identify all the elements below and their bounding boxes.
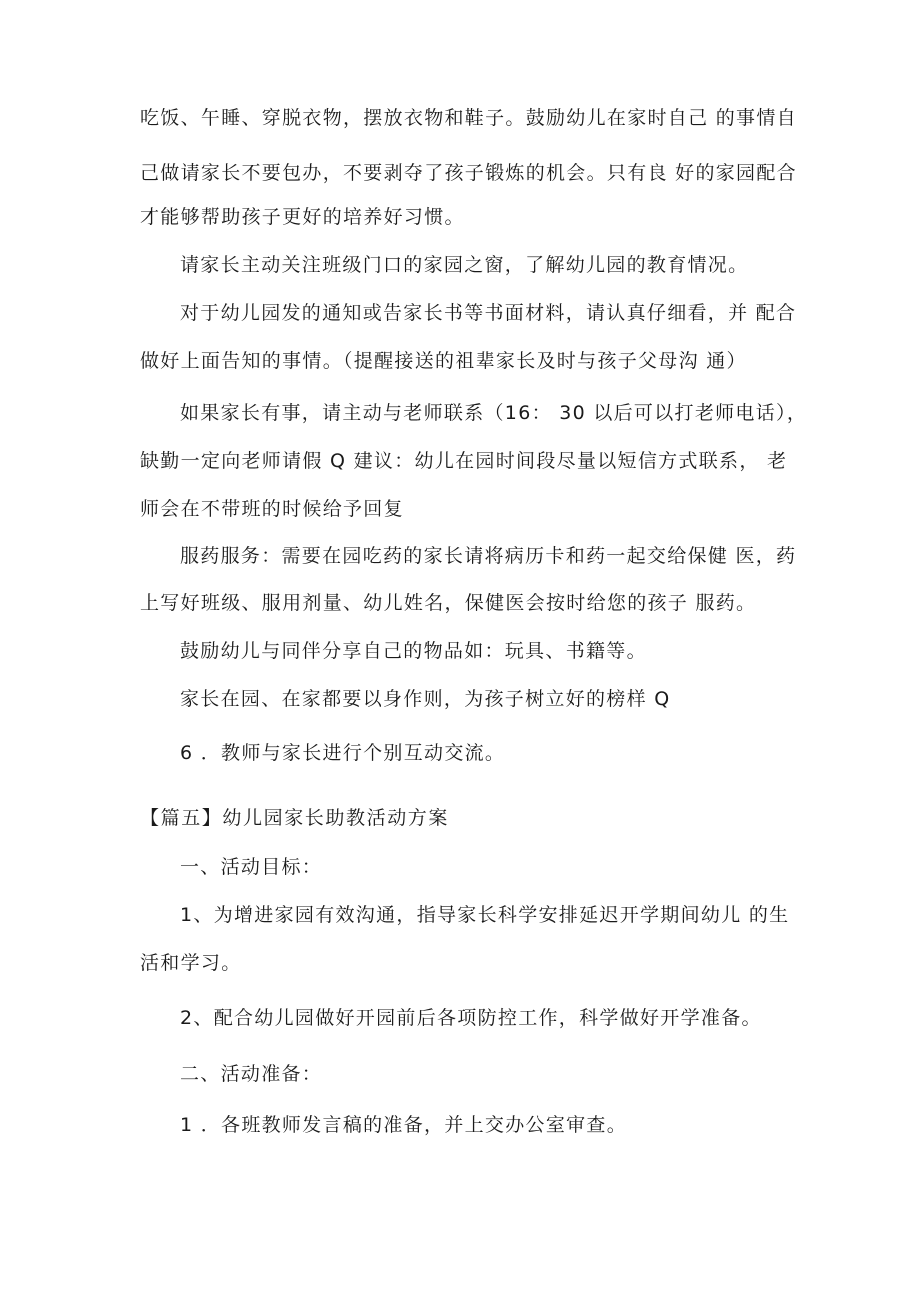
subsection-heading: 二、活动准备： [180, 1062, 322, 1086]
paragraph-line: 做好上面告知的事情。（提醒接送的祖辈家长及时与孩子父母沟 通） [140, 349, 747, 373]
paragraph-line: 服药服务：需要在园吃药的家长请将病历卡和药一起交给保健 医，药 [180, 544, 796, 568]
paragraph-line: 缺勤一定向老师请假 Q 建议：幼儿在园时间段尽量以短信方式联系， 老 [140, 449, 787, 473]
paragraph-line: 如果家长有事，请主动与老师联系（16： 30 以后可以打老师电话）， [180, 401, 807, 425]
document-page: 吃饭、午睡、穿脱衣物，摆放衣物和鞋子。鼓励幼儿在家时自己 的事情自 己做请家长不… [0, 0, 920, 1301]
paragraph-line: 鼓励幼儿与同伴分享自己的物品如：玩具、书籍等。 [180, 639, 647, 663]
paragraph-line: 家长在园、在家都要以身作则，为孩子树立好的榜样 Q [180, 687, 671, 711]
subsection-heading: 一、活动目标： [180, 855, 322, 879]
paragraph-line: 请家长主动关注班级门口的家园之窗，了解幼儿园的教育情况。 [180, 253, 748, 277]
list-item-line: 1、为增进家园有效沟通，指导家长科学安排延迟开学期间幼儿 的生 [180, 903, 789, 927]
paragraph-line: 吃饭、午睡、穿脱衣物，摆放衣物和鞋子。鼓励幼儿在家时自己 的事情自 [140, 106, 797, 130]
paragraph-line: 对于幼儿园发的通知或告家长书等书面材料，请认真仔细看，并 配合 [180, 301, 796, 325]
list-item-line: 1 ．各班教师发言稿的准备，并上交办公室审查。 [180, 1113, 627, 1137]
list-item-line: 2、配合幼儿园做好开园前后各项防控工作，科学做好开学准备。 [180, 1006, 762, 1030]
paragraph-line: 上写好班级、服用剂量、幼儿姓名，保健医会按时给您的孩子 服药。 [140, 591, 756, 615]
list-item-line: 活和学习。 [140, 951, 242, 975]
list-item-line: 6 ．教师与家长进行个别互动交流。 [180, 741, 505, 765]
paragraph-line: 师会在不带班的时候给予回复 [140, 497, 404, 521]
section-heading: 【篇五】幼儿园家长助教活动方案 [140, 806, 449, 830]
paragraph-line: 才能够帮助孩子更好的培养好习惯。 [140, 205, 465, 229]
paragraph-line: 己做请家长不要包办，不要剥夺了孩子锻炼的机会。只有良 好的家园配合 [140, 161, 797, 185]
